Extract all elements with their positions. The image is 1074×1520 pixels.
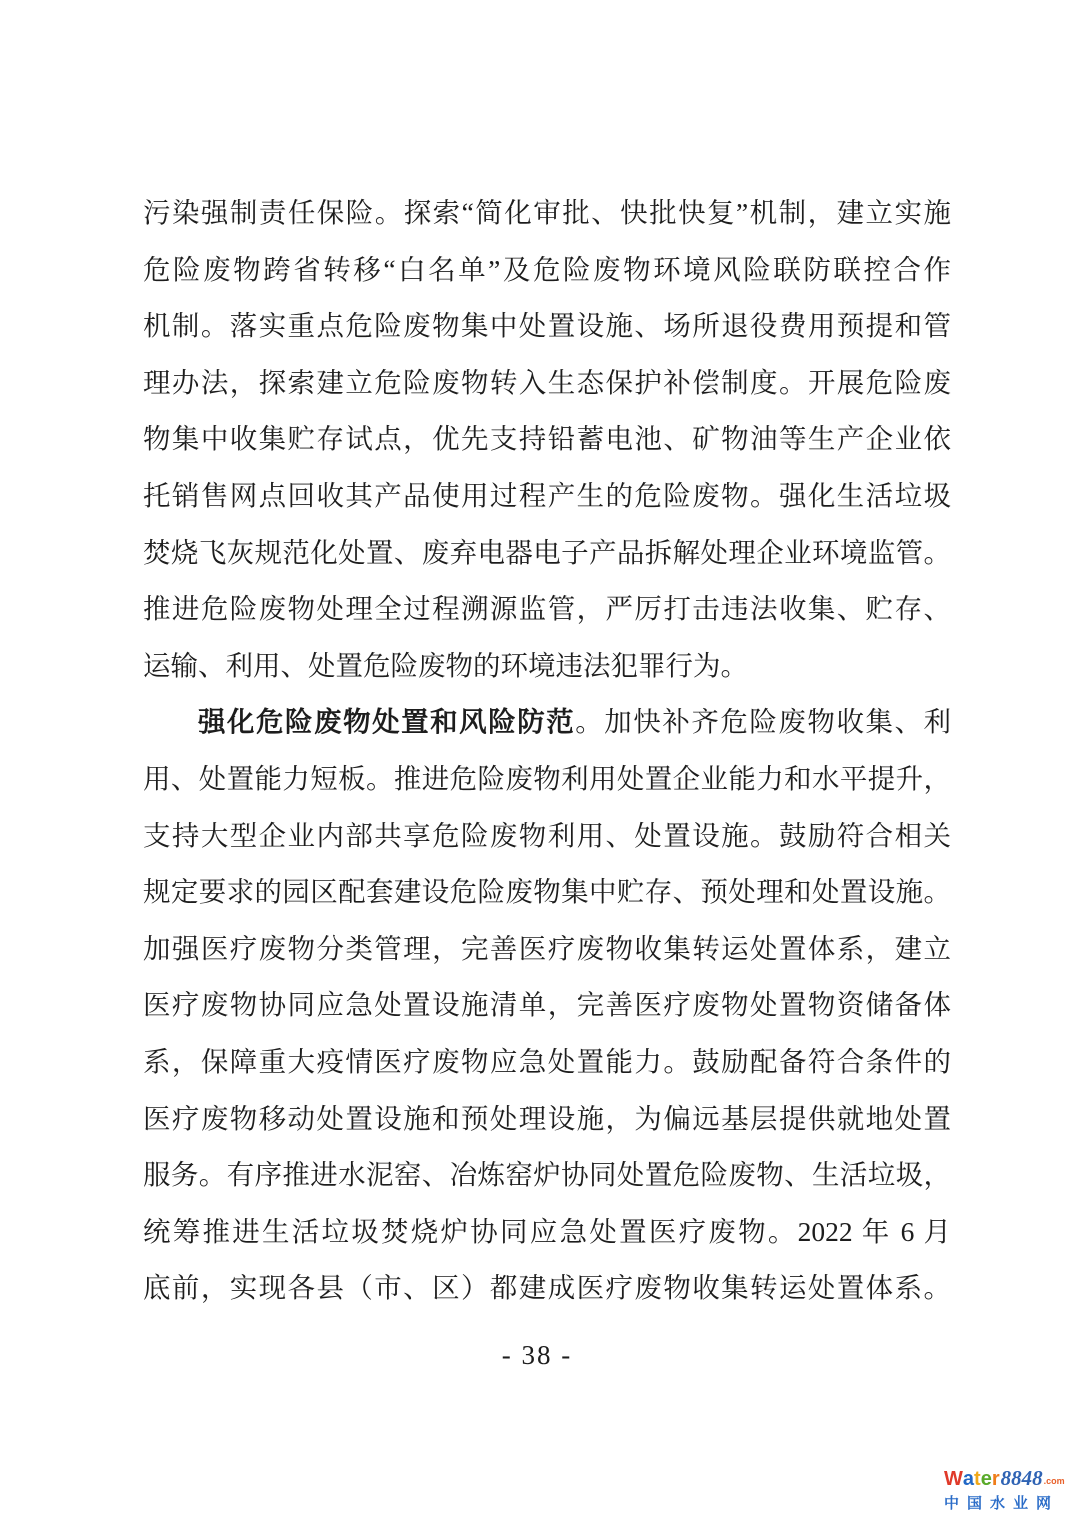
text-line: 系，保障重大疫情医疗废物应急处置能力。鼓励配备符合条件的 — [143, 1034, 951, 1091]
text-line: 污染强制责任保险。探索“简化审批、快批快复”机制，建立实施 — [143, 185, 951, 242]
section-heading-bold: 强化危险废物处置和风险防范 — [198, 706, 575, 737]
brand-tld: .com — [1044, 1476, 1065, 1486]
text-line: 危险废物跨省转移“白名单”及危险废物环境风险联防联控合作 — [143, 242, 951, 299]
text-line: 理办法，探索建立危险废物转入生态保护补偿制度。开展危险废 — [143, 355, 951, 412]
text-line: 焚烧飞灰规范化处置、废弃电器电子产品拆解处理企业环境监管。 — [143, 525, 951, 582]
text-line: 运输、利用、处置危险废物的环境违法犯罪行为。 — [143, 638, 951, 695]
text-line: 支持大型企业内部共享危险废物利用、处置设施。鼓励符合相关 — [143, 808, 951, 865]
document-page: 污染强制责任保险。探索“简化审批、快批快复”机制，建立实施 危险废物跨省转移“白… — [0, 0, 1074, 1520]
brand-letter: t — [974, 1468, 981, 1491]
brand-letter: e — [981, 1468, 992, 1491]
text-line: 机制。落实重点危险废物集中处置设施、场所退役费用预提和管 — [143, 298, 951, 355]
page-number: - 38 - — [0, 1340, 1074, 1371]
brand-digits: 8848 — [1001, 1466, 1043, 1491]
document-body: 污染强制责任保险。探索“简化审批、快批快复”机制，建立实施 危险废物跨省转移“白… — [143, 185, 951, 1317]
section-heading-rest: 。加快补齐危险废物收集、利 — [575, 706, 951, 737]
text-line: 加强医疗废物分类管理，完善医疗废物收集转运处置体系，建立 — [143, 921, 951, 978]
text-line: 用、处置能力短板。推进危险废物利用处置企业能力和水平提升， — [143, 751, 951, 808]
brand-letter: W — [944, 1468, 963, 1491]
text-line: 统筹推进生活垃圾焚烧炉协同应急处置医疗废物。2022 年 6 月 — [143, 1204, 951, 1261]
text-line: 底前，实现各县（市、区）都建成医疗废物收集转运处置体系。 — [143, 1260, 951, 1317]
water8848-wordmark: W a t e r 8848 .com — [944, 1466, 1070, 1491]
water8848-subtitle: 中国水业网 — [944, 1492, 1074, 1513]
text-line-paragraph-start: 强化危险废物处置和风险防范。加快补齐危险废物收集、利 — [143, 694, 951, 751]
water8848-watermark-logo: W a t e r 8848 .com 中国水业网 — [944, 1466, 1070, 1513]
text-line: 医疗废物移动处置设施和预处理设施，为偏远基层提供就地处置 — [143, 1091, 951, 1148]
brand-letter: r — [992, 1468, 1000, 1491]
text-line: 推进危险废物处理全过程溯源监管，严厉打击违法收集、贮存、 — [143, 581, 951, 638]
text-line: 物集中收集贮存试点，优先支持铅蓄电池、矿物油等生产企业依 — [143, 411, 951, 468]
text-line: 规定要求的园区配套建设危险废物集中贮存、预处理和处置设施。 — [143, 864, 951, 921]
text-line: 服务。有序推进水泥窑、冶炼窑炉协同处置危险废物、生活垃圾， — [143, 1147, 951, 1204]
brand-letter: a — [963, 1468, 974, 1491]
text-line: 医疗废物协同应急处置设施清单，完善医疗废物处置物资储备体 — [143, 977, 951, 1034]
text-line: 托销售网点回收其产品使用过程产生的危险废物。强化生活垃圾 — [143, 468, 951, 525]
